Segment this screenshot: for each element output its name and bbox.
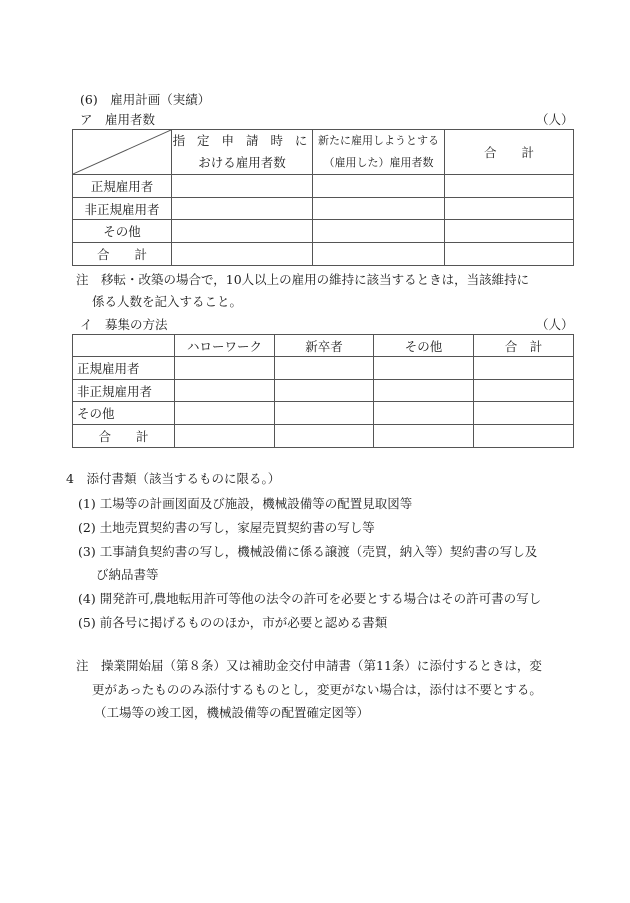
note-text: 注 操業開始届（第８条）又は補助金交付申請書（第11条）に添付するときは，変 <box>76 656 542 674</box>
header-new-hires: 新たに雇用しようとする （雇用した）雇用者数 <box>313 130 445 175</box>
item-number: (3) <box>78 544 96 559</box>
item-number: (1) <box>78 496 96 511</box>
section4-title: 4 添付書類（該当するものに限る。） <box>66 469 280 487</box>
attachment-item-continuation: び納品書等 <box>96 565 159 583</box>
table-row: 非正規雇用者 <box>73 198 574 220</box>
input-cell[interactable] <box>474 425 574 448</box>
input-cell[interactable] <box>374 402 474 425</box>
unit-label: （人） <box>536 110 574 128</box>
recruitment-method-title: イ 募集の方法 <box>80 315 168 333</box>
row-label: 正規雇用者 <box>73 357 175 380</box>
table-row: その他 <box>73 220 574 243</box>
input-cell[interactable] <box>445 198 574 220</box>
header-total: 合 計 <box>474 335 574 357</box>
table-row-total: 合 計 <box>73 425 574 448</box>
header-other: その他 <box>374 335 474 357</box>
input-cell[interactable] <box>445 220 574 243</box>
note-text: 更があったもののみ添付するものとし，変更がない場合は，添付は不要とする。 <box>92 680 542 698</box>
input-cell[interactable] <box>172 220 313 243</box>
row-label: その他 <box>73 402 175 425</box>
input-cell[interactable] <box>374 380 474 402</box>
row-label: 非正規雇用者 <box>73 198 172 220</box>
header-line: おける雇用者数 <box>172 152 312 174</box>
header-hellowork: ハローワーク <box>175 335 275 357</box>
note-text: 注 移転・改築の場合で，10人以上の雇用の維持に該当するときは，当該維持に <box>76 270 529 288</box>
item-number: (4) <box>78 591 96 606</box>
item-text: 土地売買契約書の写し，家屋売買契約書の写し等 <box>100 520 375 535</box>
header-line: （雇用した）雇用者数 <box>313 152 444 174</box>
input-cell[interactable] <box>175 425 275 448</box>
row-label: 正規雇用者 <box>73 175 172 198</box>
item-text: 工場等の計画図面及び施設，機械設備等の配置見取図等 <box>100 496 413 511</box>
table-row-total: 合 計 <box>73 243 574 266</box>
input-cell[interactable] <box>474 357 574 380</box>
employees-count-title: ア 雇用者数 <box>80 110 155 128</box>
note-text: （工場等の竣工図，機械設備等の配置確定図等） <box>94 703 369 721</box>
input-cell[interactable] <box>474 402 574 425</box>
input-cell[interactable] <box>275 380 374 402</box>
unit-label: （人） <box>536 315 574 333</box>
input-cell[interactable] <box>313 243 445 266</box>
input-cell[interactable] <box>474 380 574 402</box>
input-cell[interactable] <box>275 425 374 448</box>
employees-count-table: 指 定 申 請 時 に おける雇用者数 新たに雇用しようとする （雇用した）雇用… <box>72 129 574 266</box>
table-row: 正規雇用者 <box>73 357 574 380</box>
input-cell[interactable] <box>172 175 313 198</box>
diagonal-corner-cell <box>73 130 172 175</box>
row-label: 合 計 <box>73 243 172 266</box>
input-cell[interactable] <box>313 198 445 220</box>
input-cell[interactable] <box>175 402 275 425</box>
input-cell[interactable] <box>175 357 275 380</box>
input-cell[interactable] <box>313 220 445 243</box>
input-cell[interactable] <box>313 175 445 198</box>
attachment-item: (1) 工場等の計画図面及び施設，機械設備等の配置見取図等 <box>78 494 412 512</box>
input-cell[interactable] <box>275 357 374 380</box>
input-cell[interactable] <box>445 175 574 198</box>
attachment-item: (4) 開発許可,農地転用許可等他の法令の許可を必要とする場合はその許可書の写し <box>78 589 541 607</box>
input-cell[interactable] <box>374 425 474 448</box>
header-total: 合 計 <box>445 130 574 175</box>
table-row: その他 <box>73 402 574 425</box>
input-cell[interactable] <box>445 243 574 266</box>
input-cell[interactable] <box>172 198 313 220</box>
table-header-row: 指 定 申 請 時 に おける雇用者数 新たに雇用しようとする （雇用した）雇用… <box>73 130 574 175</box>
row-label: 合 計 <box>73 425 175 448</box>
item-text: 工事請負契約書の写し，機械設備に係る譲渡（売買，納入等）契約書の写し及 <box>100 544 538 559</box>
item-text: 前各号に掲げるもののほか，市が必要と認める書類 <box>100 615 388 630</box>
recruitment-method-table: ハローワーク 新卒者 その他 合 計 正規雇用者 非正規雇用者 その他 合 計 <box>72 334 574 448</box>
input-cell[interactable] <box>374 357 474 380</box>
input-cell[interactable] <box>175 380 275 402</box>
table-row: 非正規雇用者 <box>73 380 574 402</box>
row-label: その他 <box>73 220 172 243</box>
header-at-application: 指 定 申 請 時 に おける雇用者数 <box>172 130 313 175</box>
attachment-item: (2) 土地売買契約書の写し，家屋売買契約書の写し等 <box>78 518 375 536</box>
header-new-graduates: 新卒者 <box>275 335 374 357</box>
header-line: 新たに雇用しようとする <box>313 130 444 152</box>
row-label: 非正規雇用者 <box>73 380 175 402</box>
item-number: (5) <box>78 615 96 630</box>
attachment-item: (3) 工事請負契約書の写し，機械設備に係る譲渡（売買，納入等）契約書の写し及 <box>78 542 537 560</box>
table-row: 正規雇用者 <box>73 175 574 198</box>
section6-title: (6) 雇用計画（実績） <box>80 90 210 108</box>
attachment-item: (5) 前各号に掲げるもののほか，市が必要と認める書類 <box>78 613 387 631</box>
note-text: 係る人数を記入すること。 <box>92 292 242 310</box>
input-cell[interactable] <box>275 402 374 425</box>
header-blank <box>73 335 175 357</box>
item-number: (2) <box>78 520 96 535</box>
header-line: 指 定 申 請 時 に <box>172 130 312 152</box>
table-header-row: ハローワーク 新卒者 その他 合 計 <box>73 335 574 357</box>
input-cell[interactable] <box>172 243 313 266</box>
item-text: 開発許可,農地転用許可等他の法令の許可を必要とする場合はその許可書の写し <box>100 591 541 606</box>
diagonal-line-icon <box>73 130 171 174</box>
